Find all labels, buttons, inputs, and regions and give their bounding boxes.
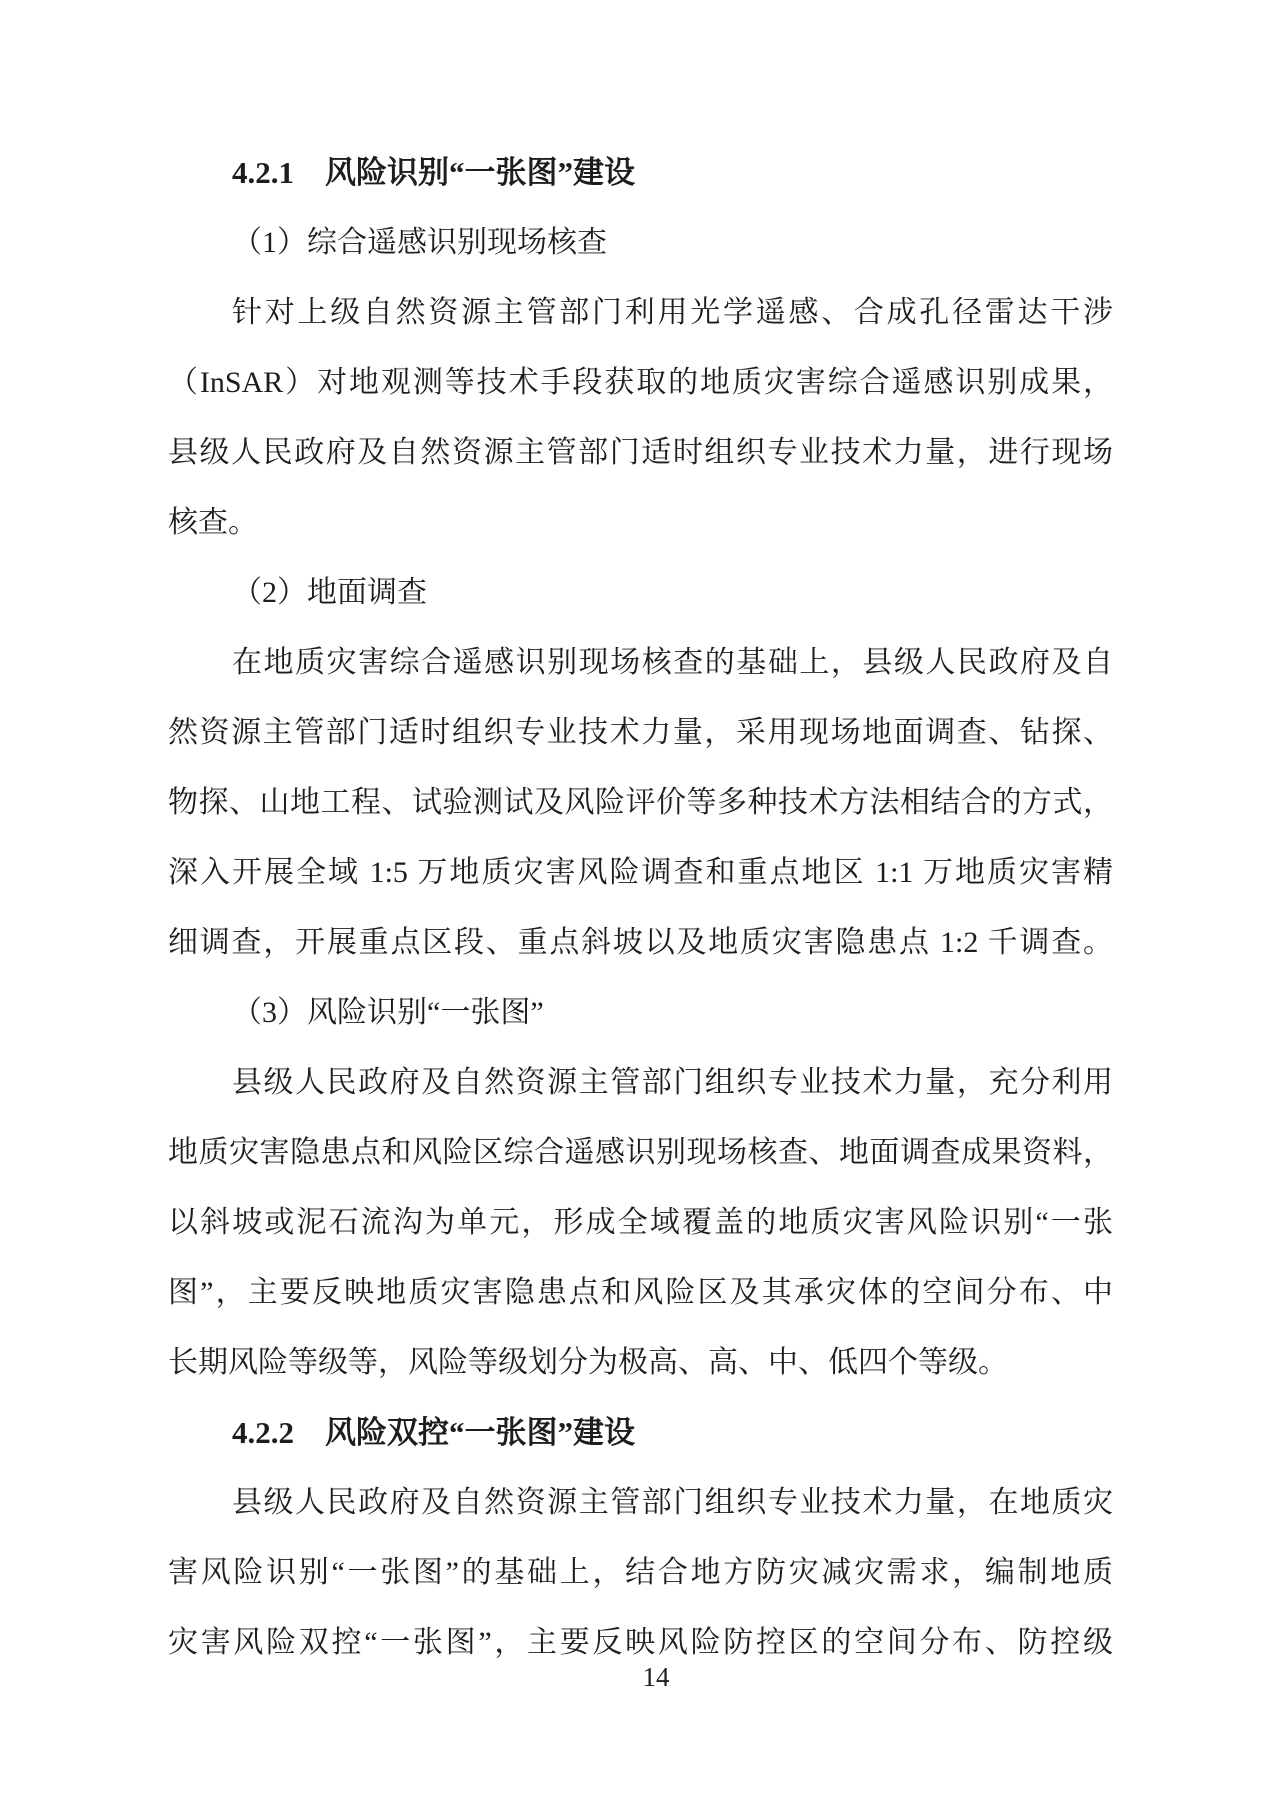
document-page: 4.2.1 风险识别“一张图”建设 （1）综合遥感识别现场核查 针对上级自然资源… <box>0 0 1280 1810</box>
list-item-1-heading: （1）综合遥感识别现场核查 <box>168 208 1113 278</box>
section-heading-4-2-2: 4.2.2 风险双控“一张图”建设 <box>168 1398 1113 1468</box>
paragraph-line: 深入开展全域 1:5 万地质灾害风险调查和重点地区 1:1 万地质灾害精 <box>168 838 1113 908</box>
paragraph-line: 物探、山地工程、试验测试及风险评价等多种技术方法相结合的方式， <box>168 768 1113 838</box>
paragraph-line: 图”，主要反映地质灾害隐患点和风险区及其承灾体的空间分布、中 <box>168 1258 1113 1328</box>
list-item-2-heading: （2）地面调查 <box>168 558 1113 628</box>
paragraph-line: 县级人民政府及自然资源主管部门适时组织专业技术力量，进行现场 <box>168 418 1113 488</box>
list-item-3-heading: （3）风险识别“一张图” <box>168 978 1113 1048</box>
paragraph-line: 害风险识别“一张图”的基础上，结合地方防灾减灾需求，编制地质 <box>168 1538 1113 1608</box>
paragraph-line: 县级人民政府及自然资源主管部门组织专业技术力量，在地质灾 <box>168 1468 1113 1538</box>
document-text-block: 4.2.1 风险识别“一张图”建设 （1）综合遥感识别现场核查 针对上级自然资源… <box>168 138 1113 1678</box>
paragraph-line: 针对上级自然资源主管部门利用光学遥感、合成孔径雷达干涉 <box>168 278 1113 348</box>
page-number: 14 <box>0 1662 1280 1693</box>
paragraph-line: 以斜坡或泥石流沟为单元，形成全域覆盖的地质灾害风险识别“一张 <box>168 1188 1113 1258</box>
paragraph-line: 然资源主管部门适时组织专业技术力量，采用现场地面调查、钻探、 <box>168 698 1113 768</box>
section-heading-4-2-1: 4.2.1 风险识别“一张图”建设 <box>168 138 1113 208</box>
paragraph-line: 核查。 <box>168 488 1113 558</box>
paragraph-line: 长期风险等级等，风险等级划分为极高、高、中、低四个等级。 <box>168 1328 1113 1398</box>
paragraph-line: 在地质灾害综合遥感识别现场核查的基础上，县级人民政府及自 <box>168 628 1113 698</box>
paragraph-line: （InSAR）对地观测等技术手段获取的地质灾害综合遥感识别成果， <box>168 348 1113 418</box>
paragraph-line: 县级人民政府及自然资源主管部门组织专业技术力量，充分利用 <box>168 1048 1113 1118</box>
paragraph-line: 细调查，开展重点区段、重点斜坡以及地质灾害隐患点 1:2 千调查。 <box>168 908 1113 978</box>
paragraph-line: 地质灾害隐患点和风险区综合遥感识别现场核查、地面调查成果资料， <box>168 1118 1113 1188</box>
